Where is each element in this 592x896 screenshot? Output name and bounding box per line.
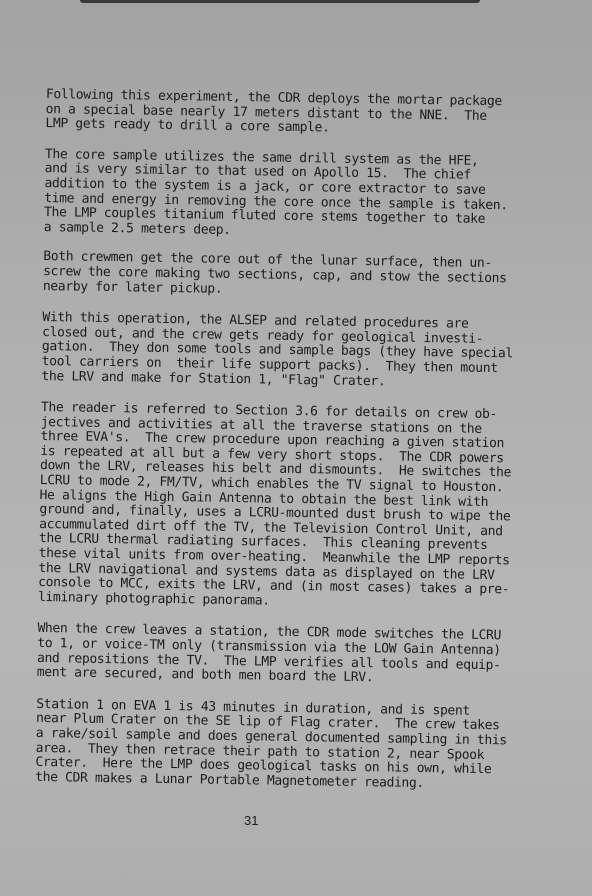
paragraph-mortar-package: Following this experiment, the CDR deplo…: [45, 88, 526, 139]
paragraph-core-sample: The core sample utilizes the same drill …: [44, 148, 525, 243]
page-number: 31: [244, 813, 258, 828]
paragraph-station-procedure: The reader is referred to Section 3.6 fo…: [38, 401, 521, 613]
paragraph-alsep-closeout: With this operation, the ALSEP and relat…: [41, 311, 522, 391]
paragraph-core-extraction: Both crewmen get the core out of the lun…: [43, 250, 524, 301]
page-top-edge-shadow: [80, 0, 480, 3]
body-text: Following this experiment, the CDR deplo…: [35, 88, 526, 808]
paragraph-station-1: Station 1 on EVA 1 is 43 minutes in dura…: [35, 698, 516, 793]
scanned-page: Following this experiment, the CDR deplo…: [0, 0, 592, 896]
paragraph-leaving-station: When the crew leaves a station, the CDR …: [37, 622, 518, 688]
